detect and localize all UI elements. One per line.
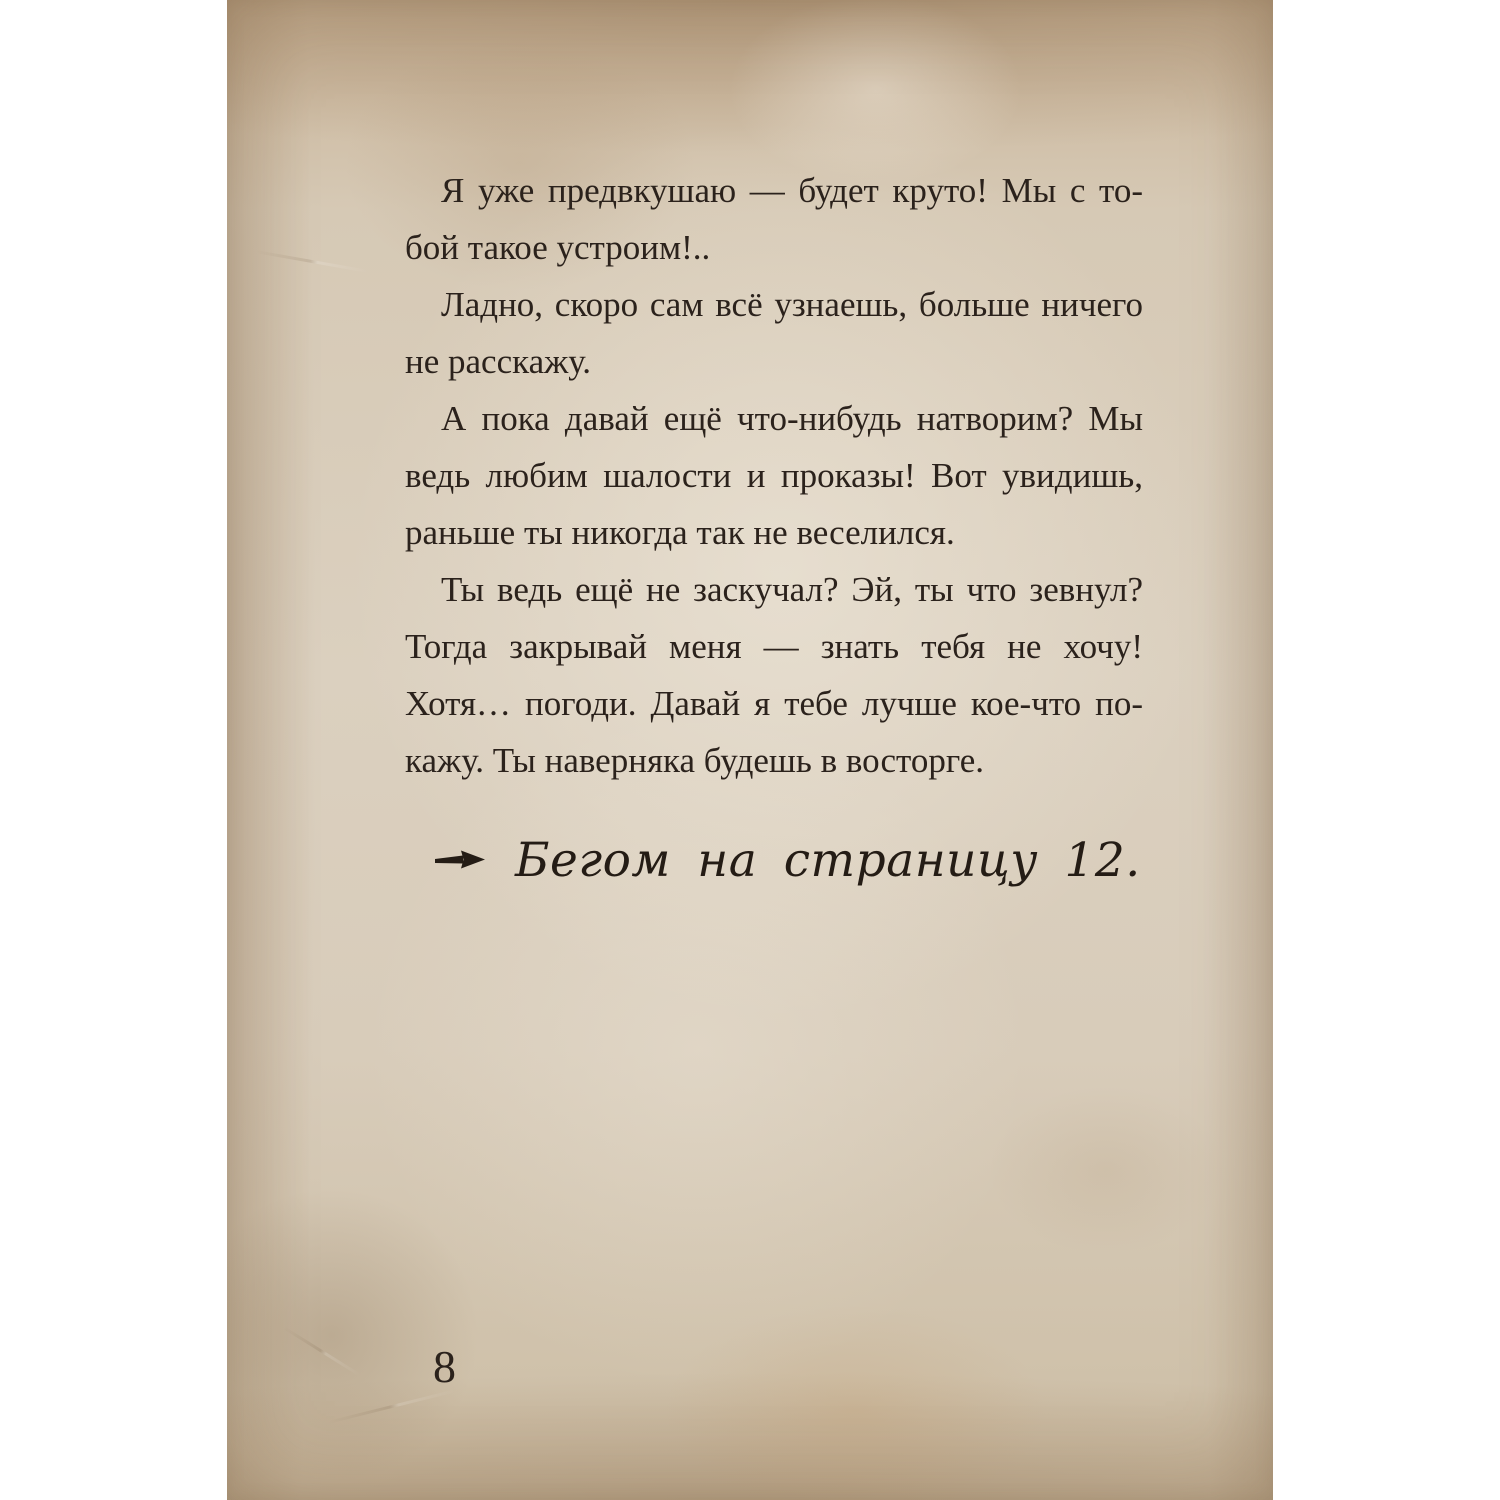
text-line: раньше ты никогда так не веселился.: [405, 504, 1143, 561]
screenshot-root: Я уже предвкушаю — будет круто! Мы с то-…: [0, 0, 1500, 1500]
goto-instruction: Бегом на страницу 12.: [405, 829, 1143, 891]
page-number: 8: [433, 1342, 456, 1392]
paper-crease: [285, 1378, 499, 1434]
right-arrow-icon: [435, 848, 485, 872]
text-line: Тогда закрывай меня — знать тебя не хочу…: [405, 618, 1143, 675]
paragraph-3: А пока давай ещё что-нибудь натворим? Мы…: [405, 390, 1143, 561]
paragraph-2: Ладно, скоро сам всё узнаешь, больше нич…: [405, 276, 1143, 390]
text-line: ведь любим шалости и проказы! Вот увидиш…: [405, 447, 1143, 504]
text-line: бой такое устроим!..: [405, 219, 1143, 276]
text-line: А пока давай ещё что-нибудь натворим? Мы: [405, 390, 1143, 447]
text-line: Я уже предвкушаю — будет круто! Мы с то-: [405, 162, 1143, 219]
text-line: кажу. Ты наверняка будешь в восторге.: [405, 732, 1143, 789]
goto-text: Бегом на страницу 12.: [515, 833, 1141, 888]
book-page: Я уже предвкушаю — будет круто! Мы с то-…: [227, 0, 1273, 1500]
paragraph-4: Ты ведь ещё не заскучал? Эй, ты что зевн…: [405, 561, 1143, 789]
text-block: Я уже предвкушаю — будет круто! Мы с то-…: [405, 162, 1143, 891]
text-line: Ладно, скоро сам всё узнаешь, больше нич…: [405, 276, 1143, 333]
text-line: не расскажу.: [405, 333, 1143, 390]
paper-crease: [258, 1310, 387, 1392]
text-line: Ты ведь ещё не заскучал? Эй, ты что зевн…: [405, 561, 1143, 618]
paragraph-1: Я уже предвкушаю — будет круто! Мы с то-…: [405, 162, 1143, 276]
text-line: Хотя… погоди. Давай я тебе лучше кое-что…: [405, 675, 1143, 732]
paper-crease: [218, 244, 406, 280]
